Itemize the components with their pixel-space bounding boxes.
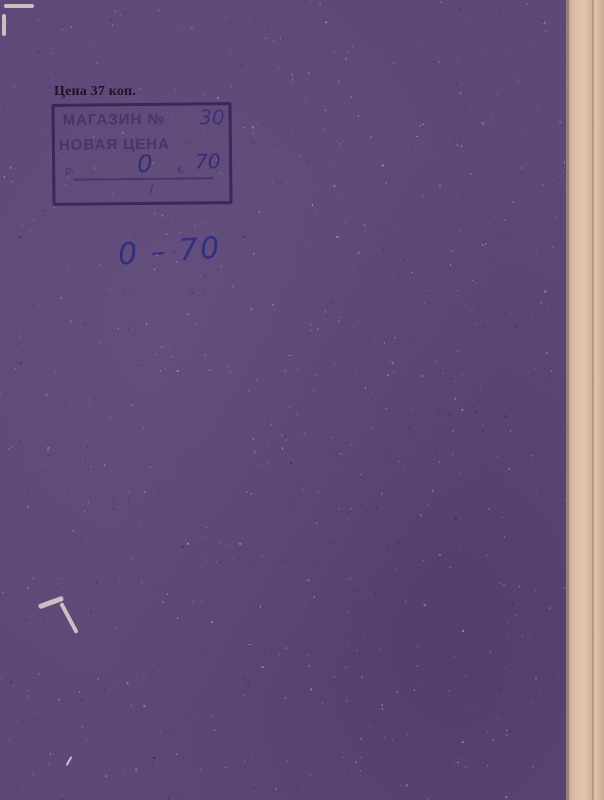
scratch-mark: [4, 4, 34, 8]
printed-price: Цена 37 коп.: [54, 84, 136, 100]
stamp-kop-value: 70: [195, 149, 221, 173]
spine-crease: [592, 0, 594, 800]
stamp-mark: /: [149, 182, 153, 196]
stamp-rub-value: 0: [137, 150, 153, 178]
stamp-new-price-label: НОВАЯ ЦЕНА: [59, 136, 170, 154]
book-back-cover: Цена 37 коп. МАГАЗИН № 30 НОВАЯ ЦЕНА р. …: [0, 0, 566, 800]
stamp-shop-number: 30: [199, 105, 225, 129]
stamp-rub-label: р.: [65, 165, 74, 177]
stamp-shop-label: МАГАЗИН №: [63, 111, 166, 129]
spine-edge: [566, 0, 569, 800]
scratch-mark: [2, 14, 6, 36]
shop-price-stamp: МАГАЗИН № 30 НОВАЯ ЦЕНА р. 0 к. 70 /: [51, 102, 232, 206]
stamp-kop-label: к.: [177, 164, 185, 176]
stamp-underline: [73, 177, 213, 180]
book-spine: [566, 0, 604, 800]
handwritten-price: 0 – 70: [117, 230, 223, 272]
